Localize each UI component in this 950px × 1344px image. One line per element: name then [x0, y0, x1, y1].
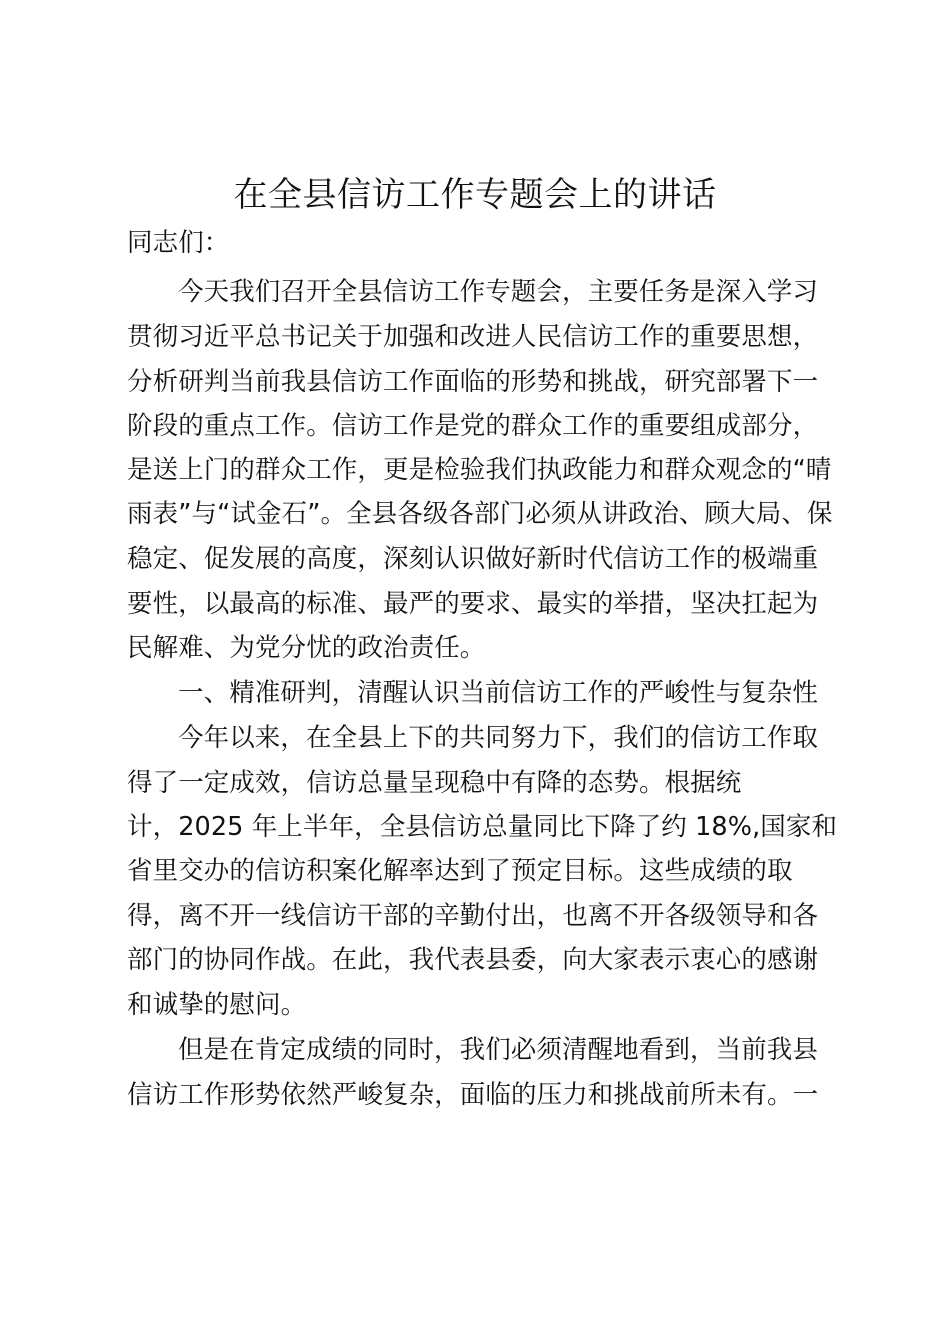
paragraph-line: 但是在肯定成绩的同时，我们必须清醒地看到，当前我县: [178, 1033, 818, 1067]
paragraph-line: 贯彻习近平总书记关于加强和改进人民信访工作的重要思想，: [127, 320, 818, 354]
paragraph-line: 分析研判当前我县信访工作面临的形势和挑战，研究部署下一: [127, 365, 818, 399]
section-heading: 一、精准研判，清醒认识当前信访工作的严峻性与复杂性: [178, 676, 818, 710]
paragraph-line: 部门的协同作战。在此，我代表县委，向大家表示衷心的感谢: [127, 943, 818, 977]
paragraph-line: 得，离不开一线信访干部的辛勤付出，也离不开各级领导和各: [127, 899, 818, 933]
paragraph-line: 今天我们召开全县信访工作专题会，主要任务是深入学习: [178, 275, 818, 309]
paragraph-line: 民解难、为党分忧的政治责任。: [127, 631, 485, 665]
salutation: 同志们：: [127, 226, 229, 260]
paragraph-line: 雨表”与“试金石”。全县各级各部门必须从讲政治、顾大局、保: [127, 497, 833, 531]
paragraph-line: 计，2025 年上半年，全县信访总量同比下降了约 18%,国家和: [127, 810, 837, 844]
paragraph-line: 省里交办的信访积案化解率达到了预定目标。这些成绩的取: [127, 854, 793, 888]
document-title: 在全县信访工作专题会上的讲话: [0, 172, 950, 218]
paragraph-line: 和诚挚的慰问。: [127, 988, 306, 1022]
paragraph-line: 阶段的重点工作。信访工作是党的群众工作的重要组成部分，: [127, 409, 818, 443]
paragraph-line: 今年以来，在全县上下的共同努力下，我们的信访工作取: [178, 721, 818, 755]
document-page: 在全县信访工作专题会上的讲话 同志们： 今天我们召开全县信访工作专题会，主要任务…: [0, 0, 950, 1344]
paragraph-line: 得了一定成效，信访总量呈现稳中有降的态势。根据统: [127, 766, 741, 800]
paragraph-line: 稳定、促发展的高度，深刻认识做好新时代信访工作的极端重: [127, 542, 818, 576]
paragraph-line: 信访工作形势依然严峻复杂，面临的压力和挑战前所未有。一: [127, 1078, 818, 1112]
paragraph-line: 是送上门的群众工作，更是检验我们执政能力和群众观念的“晴: [127, 453, 832, 487]
paragraph-line: 要性，以最高的标准、最严的要求、最实的举措，坚决扛起为: [127, 587, 818, 621]
